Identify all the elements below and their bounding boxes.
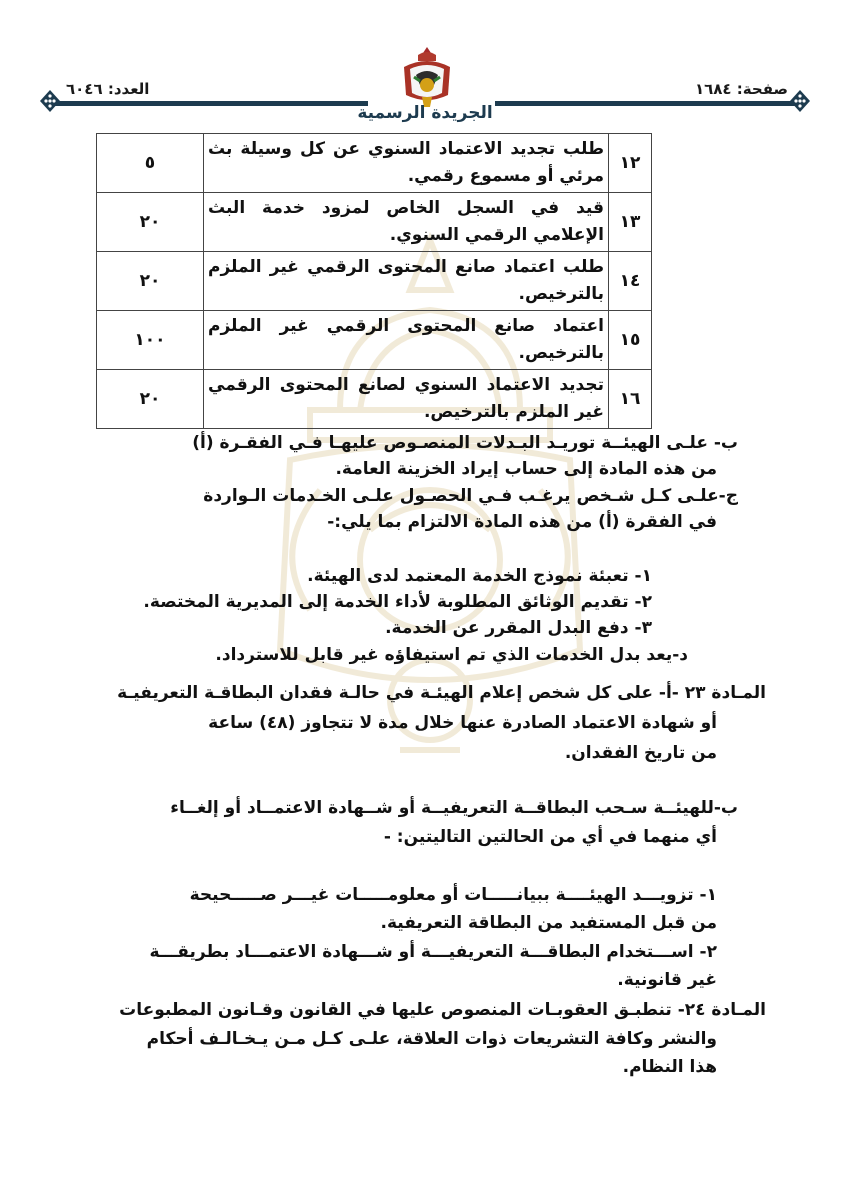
page-number: صفحة: ١٦٨٤ — [695, 80, 788, 98]
article-23-a-line-2: أو شهادة الاعتماد الصادرة عنها خلال مدة … — [208, 712, 717, 734]
article-24-line-1: المـادة ٢٤- تنطبـق العقوبـات المنصوص علي… — [119, 999, 766, 1021]
row-number: ١٤ — [609, 252, 652, 311]
paragraph-b-line-1: ب- علـى الهيئــة توريـد البـدلات المنصـو… — [192, 432, 738, 454]
article-23-b-item-1-line-1: ١- تزويـــد الهيئــــة ببيانـــــات أو م… — [190, 884, 717, 906]
article-23-b-item-1-line-2: من قبل المستفيد من البطاقة التعريفية. — [380, 912, 717, 934]
row-description: تجديد الاعتماد السنوي لصانع المحتوى الرق… — [204, 370, 609, 429]
paragraph-j-item-2: ٢- تقديم الوثائق المطلوبة لأداء الخدمة إ… — [143, 591, 652, 613]
row-number: ١٢ — [609, 134, 652, 193]
table-row: ١٢ طلب تجديد الاعتماد السنوي عن كل وسيلة… — [97, 134, 652, 193]
gazette-title: الجريدة الرسمية — [0, 103, 850, 123]
row-description: اعتماد صانع المحتوى الرقمي غير الملزم با… — [204, 311, 609, 370]
paragraph-j-line-1: ج-علـى كـل شـخص يرغـب فـي الحصـول علـى ا… — [203, 485, 738, 507]
row-amount: ٥ — [97, 134, 204, 193]
row-number: ١٥ — [609, 311, 652, 370]
row-description: قيد في السجل الخاص لمزود خدمة البث الإعل… — [204, 193, 609, 252]
row-amount: ٢٠ — [97, 193, 204, 252]
article-23-b-line-2: أي منهما في أي من الحالتين التاليتين: - — [384, 826, 717, 848]
row-description: طلب تجديد الاعتماد السنوي عن كل وسيلة بث… — [204, 134, 609, 193]
paragraph-j-line-2: في الفقرة (أ) من هذه المادة الالتزام بما… — [327, 511, 717, 533]
article-23-a-line-3: من تاريخ الفقدان. — [565, 742, 717, 764]
paragraph-j-item-3: ٣- دفع البدل المقرر عن الخدمة. — [385, 617, 652, 639]
paragraph-j-item-1: ١- تعبئة نموذج الخدمة المعتمد لدى الهيئة… — [307, 565, 652, 587]
article-23-b-item-2-line-1: ٢- اســـتخدام البطاقـــة التعريفيـــة أو… — [150, 941, 718, 963]
row-number: ١٣ — [609, 193, 652, 252]
article-24-line-2: والنشر وكافة التشريعات ذوات العلاقة، علـ… — [147, 1028, 717, 1050]
row-amount: ٢٠ — [97, 370, 204, 429]
table-row: ١٦ تجديد الاعتماد السنوي لصانع المحتوى ا… — [97, 370, 652, 429]
paragraph-d: د-يعد بدل الخدمات الذي تم استيفاؤه غير ق… — [215, 644, 688, 666]
table-row: ١٣ قيد في السجل الخاص لمزود خدمة البث ال… — [97, 193, 652, 252]
paragraph-b-line-2: من هذه المادة إلى حساب إيراد الخزينة الع… — [335, 458, 717, 480]
row-number: ١٦ — [609, 370, 652, 429]
issue-number: العدد: ٦٠٤٦ — [66, 80, 149, 98]
table-row: ١٥ اعتماد صانع المحتوى الرقمي غير الملزم… — [97, 311, 652, 370]
row-description: طلب اعتماد صانع المحتوى الرقمي غير الملز… — [204, 252, 609, 311]
article-23-a-line-1: المـادة ٢٣ -أ- على كل شخص إعلام الهيئـة … — [117, 682, 766, 704]
gazette-page: العدد: ٦٠٤٦ صفحة: ١٦٨٤ الجريدة الرسمية ١… — [0, 0, 850, 1192]
table-row: ١٤ طلب اعتماد صانع المحتوى الرقمي غير ال… — [97, 252, 652, 311]
row-amount: ٢٠ — [97, 252, 204, 311]
article-24-line-3: هذا النظام. — [623, 1056, 717, 1078]
article-23-b-item-2-line-2: غير قانونية. — [617, 969, 717, 991]
fees-table: ١٢ طلب تجديد الاعتماد السنوي عن كل وسيلة… — [96, 133, 652, 429]
article-23-b-line-1: ب-للهيئــة سـحب البطاقــة التعريفيــة أو… — [170, 797, 738, 819]
row-amount: ١٠٠ — [97, 311, 204, 370]
